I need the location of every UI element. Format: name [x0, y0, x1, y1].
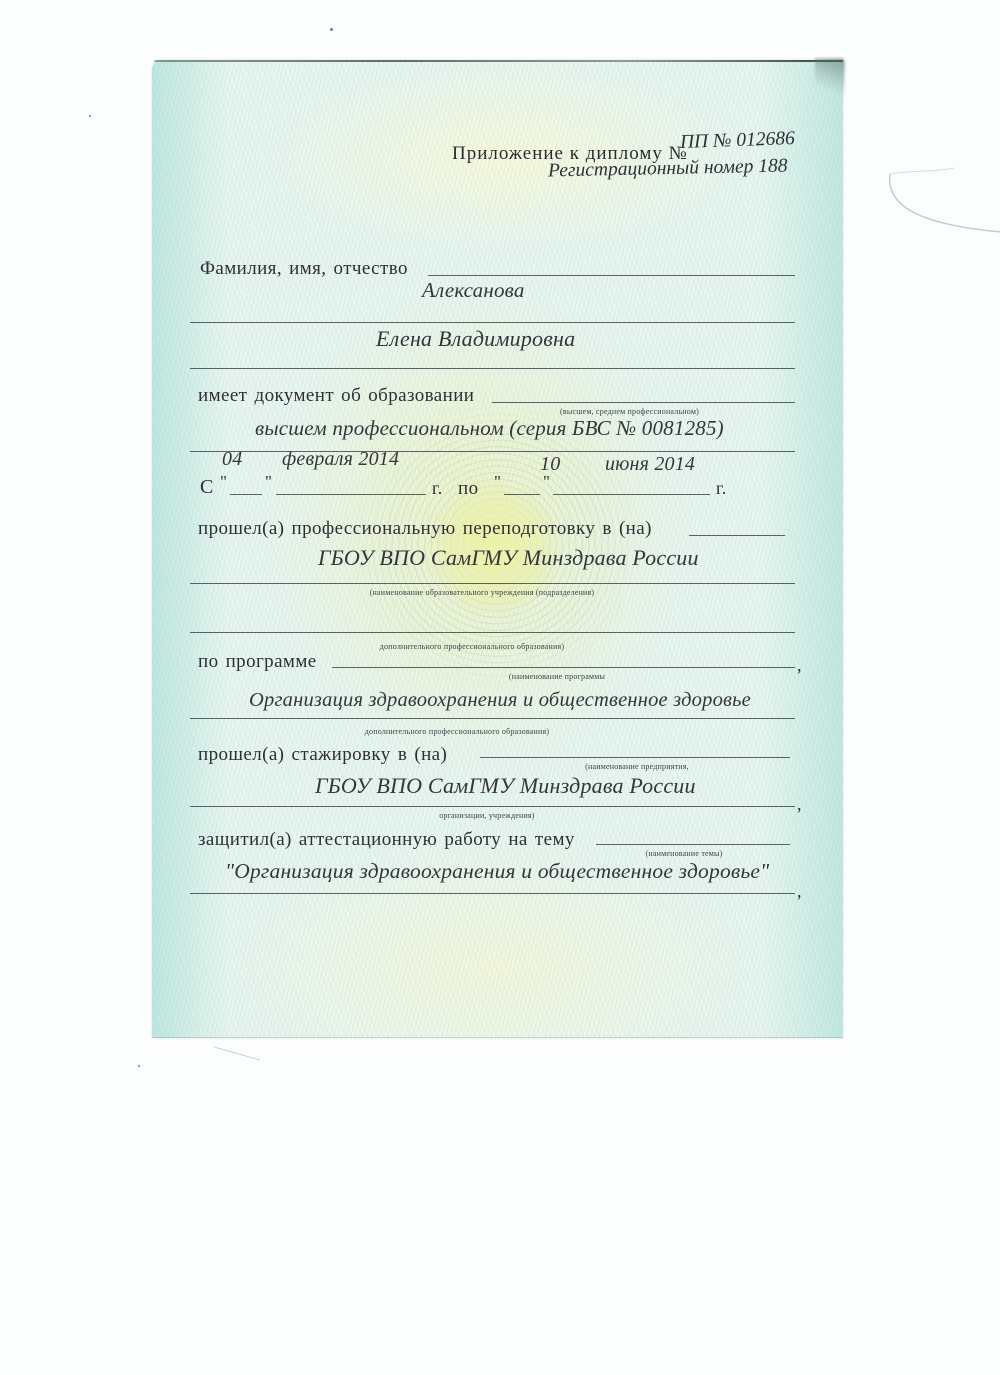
- comma-mark: ,: [797, 881, 802, 902]
- fill-line: [596, 844, 790, 845]
- fill-line: [332, 667, 795, 668]
- day-blank-line: [230, 494, 262, 495]
- internship-caption-2: организации, учреждения): [372, 811, 602, 820]
- fill-line: [190, 632, 795, 633]
- year-suffix: г.: [432, 478, 443, 499]
- program-caption-2: дополнительного профессионального образо…: [332, 727, 582, 736]
- retraining-caption-2: дополнительного профессионального образо…: [347, 642, 597, 651]
- education-label: имеет документ об образовании: [198, 385, 474, 407]
- period-to-month-year: июня 2014: [605, 453, 695, 476]
- fill-line: [190, 718, 795, 719]
- retraining-caption-1: (наименование образовательного учреждени…: [347, 588, 617, 597]
- period-to-label: по: [458, 478, 478, 500]
- thesis-label: защитил(а) аттестационную работу на тему: [198, 829, 575, 851]
- corner-fold-shadow: [815, 58, 845, 102]
- fill-line: [190, 806, 795, 807]
- period-from-day: 04: [222, 448, 242, 471]
- surname-value: Алексанова: [422, 278, 525, 303]
- internship-label: прошел(а) стажировку в (на): [198, 744, 447, 766]
- quote-mark: ": [543, 472, 550, 492]
- dust-speck: [89, 115, 91, 117]
- period-prefix: С: [200, 476, 214, 499]
- program-name-value: Организация здравоохранения и общественн…: [249, 689, 751, 712]
- year-suffix: г.: [716, 478, 727, 499]
- comma-mark: ,: [797, 794, 802, 815]
- month-blank-line: [276, 494, 426, 495]
- internship-institution-value: ГБОУ ВПО СамГМУ Минздрава России: [315, 773, 696, 799]
- fill-line: [190, 583, 795, 584]
- quote-mark: ": [265, 472, 272, 492]
- retraining-label: прошел(а) профессиональную переподготовк…: [198, 518, 652, 540]
- registration-number: Регистрационный номер 188: [548, 155, 788, 182]
- day-blank-line: [504, 494, 540, 495]
- quote-mark: ": [220, 472, 227, 492]
- program-caption-1: (наименование программы: [452, 672, 662, 681]
- month-blank-line: [553, 494, 710, 495]
- fill-line: [190, 322, 795, 323]
- fill-line: [190, 451, 795, 452]
- page-curl-line: [858, 162, 1000, 242]
- program-label: по программе: [198, 651, 317, 673]
- internship-caption-1: (наименование предприятия,: [547, 762, 727, 771]
- name-label: Фамилия, имя, отчество: [200, 258, 408, 280]
- education-value: высшем профессиональном (серия БВС № 008…: [255, 416, 724, 441]
- document-sheet: Приложение к диплому № ПП № 012686 Регис…: [152, 60, 843, 1038]
- scanned-diploma-supplement: { "doc": { "header": { "title": "Приложе…: [0, 0, 1000, 1375]
- scanner-scratch-artifact: [214, 1046, 260, 1060]
- dust-speck: [330, 28, 333, 31]
- thesis-caption: (наименование темы): [594, 849, 774, 858]
- fill-line: [492, 402, 795, 403]
- fill-line: [428, 275, 795, 276]
- quote-mark: ": [494, 472, 501, 492]
- fill-line: [190, 368, 795, 369]
- comma-mark: ,: [797, 655, 802, 676]
- period-from-month-year: февраля 2014: [282, 448, 399, 471]
- retraining-institution-value: ГБОУ ВПО СамГМУ Минздрава России: [318, 545, 699, 571]
- fill-line: [190, 893, 795, 894]
- education-caption: (высшем, среднем профессиональном): [542, 407, 717, 416]
- fill-line: [480, 757, 790, 758]
- given-names-value: Елена Владимировна: [376, 326, 575, 352]
- series-number: ПП № 012686: [680, 128, 796, 154]
- fill-line: [689, 535, 785, 536]
- thesis-title-value: "Организация здравоохранения и обществен…: [225, 859, 769, 884]
- dust-speck: [138, 1065, 140, 1067]
